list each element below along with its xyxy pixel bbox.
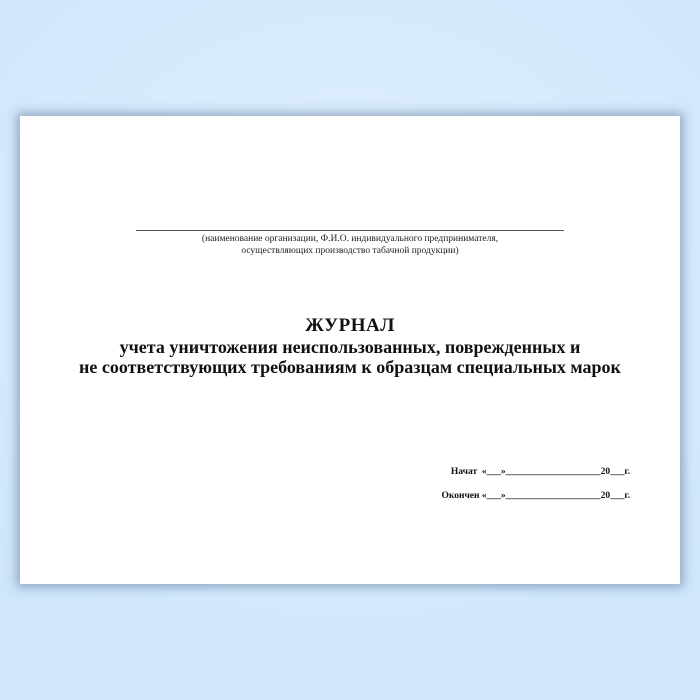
- finished-date-row: Окончен «___»____________________20___г.: [441, 490, 630, 514]
- org-caption-line-1: (наименование организации, Ф.И.О. индиви…: [20, 233, 680, 245]
- started-date-row: Начат «___»____________________20___г.: [441, 466, 630, 490]
- journal-subtitle-line-2: не соответствующих требованиям к образца…: [20, 357, 680, 377]
- journal-dates: Начат «___»____________________20___г. О…: [441, 466, 630, 514]
- organization-caption: (наименование организации, Ф.И.О. индиви…: [20, 233, 680, 257]
- journal-title-block: ЖУРНАЛ учета уничтожения неиспользованны…: [20, 315, 680, 377]
- journal-cover-page: (наименование организации, Ф.И.О. индиви…: [20, 116, 680, 584]
- journal-subtitle-line-1: учета уничтожения неиспользованных, повр…: [20, 337, 680, 357]
- journal-title: ЖУРНАЛ: [20, 315, 680, 337]
- org-caption-line-2: осуществляющих производство табачной про…: [20, 245, 680, 257]
- organization-name-line: [136, 230, 564, 231]
